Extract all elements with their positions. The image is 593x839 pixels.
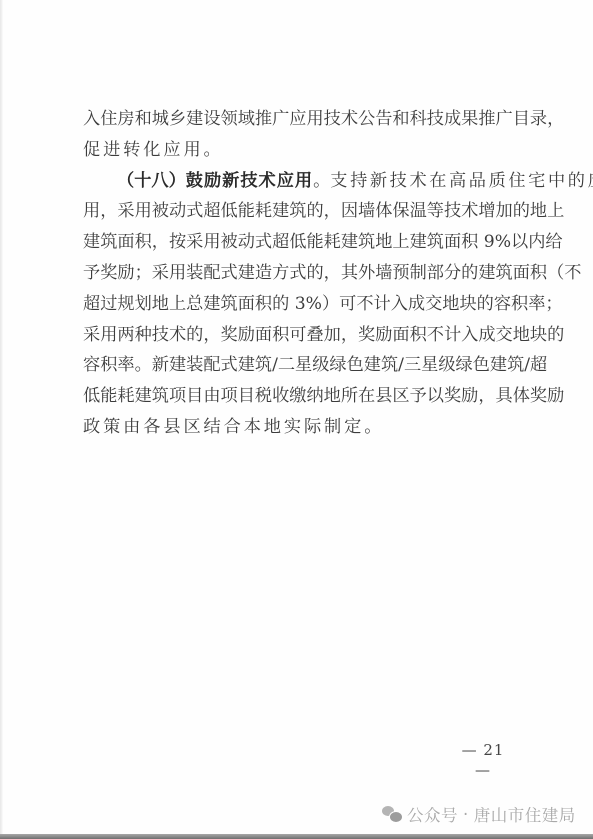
- text-line: 予奖励；采用装配式建造方式的，其外墙预制部分的建筑面积（不: [83, 258, 523, 289]
- scan-edge-shadow: [0, 0, 3, 834]
- scan-bottom-edge: [0, 834, 593, 839]
- text-line: 采用两种技术的，奖励面积可叠加，奖励面积不计入成交地块的: [83, 320, 523, 351]
- text-line: 容积率。新建装配式建筑/二星级绿色建筑/三星级绿色建筑/超: [83, 350, 523, 381]
- section-heading-line: （十八）鼓励新技术应用。支持新技术在高品质住宅中的应: [83, 166, 523, 197]
- section-title-punct: 。: [313, 166, 330, 197]
- text-line: 促进转化应用。: [83, 135, 523, 166]
- text-line: 用，采用被动式超低能耗建筑的，因墙体保温等技术增加的地上: [83, 196, 523, 227]
- wechat-icon: [382, 805, 402, 823]
- watermark-separator: ·: [463, 805, 469, 824]
- text-line: 超过规划地上总建筑面积的 3%）可不计入成交地块的容积率；: [83, 289, 523, 320]
- document-page: 入住房和城乡建设领域推广应用技术公告和科技成果推广目录， 促进转化应用。 （十八…: [0, 0, 593, 834]
- wechat-watermark: 公众号 · 唐山市住建局: [382, 802, 576, 826]
- text-line: 政策由各县区结合本地实际制定。: [83, 412, 523, 443]
- text-line: 入住房和城乡建设领域推广应用技术公告和科技成果推广目录，: [83, 104, 523, 135]
- watermark-label: 公众号: [407, 802, 458, 826]
- text-line: 低能耗建筑项目由项目税收缴纳地所在县区予以奖励，具体奖励: [83, 381, 523, 412]
- page-number: — 21 —: [453, 740, 513, 780]
- watermark-account: 唐山市住建局: [474, 802, 576, 826]
- body-text: 入住房和城乡建设领域推广应用技术公告和科技成果推广目录， 促进转化应用。 （十八…: [83, 104, 523, 443]
- section-title: 鼓励新技术应用: [186, 166, 313, 197]
- section-text: 支持新技术在高品质住宅中的应: [330, 166, 593, 197]
- section-number: （十八）: [117, 166, 186, 197]
- text-line: 建筑面积，按采用被动式超低能耗建筑地上建筑面积 9%以内给: [83, 227, 523, 258]
